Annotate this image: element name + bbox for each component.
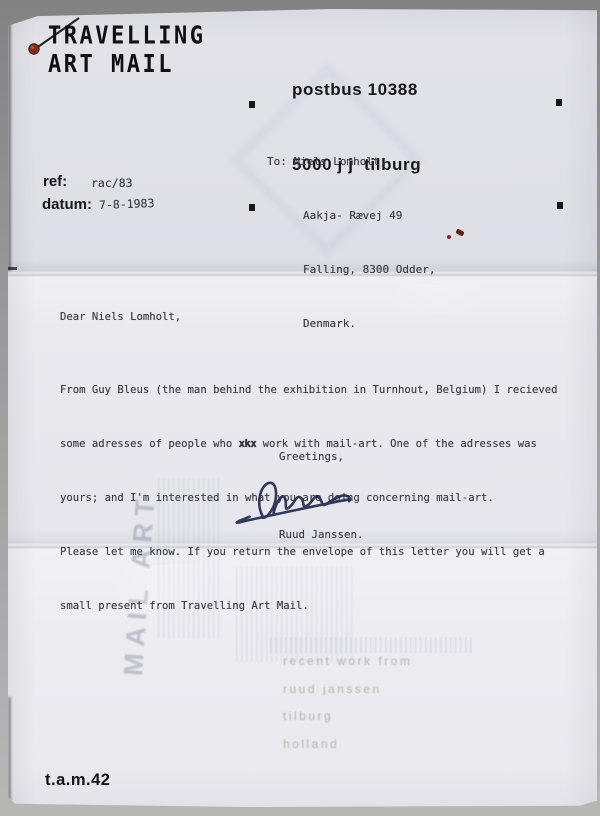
body-line-part: some adresses of people who bbox=[60, 438, 239, 450]
typed-overstrike: xkx bbox=[239, 438, 257, 450]
postbus-line: postbus 10388 bbox=[292, 77, 421, 102]
signature-name: Ruud Janssen. bbox=[279, 528, 364, 541]
ref-label: ref: bbox=[43, 173, 67, 190]
body-line: small present from Travelling Art Mail. bbox=[60, 597, 557, 615]
logo-line1: TRAVELLING bbox=[48, 22, 205, 51]
ink-speck bbox=[455, 228, 464, 236]
registration-mark bbox=[249, 204, 255, 211]
showthrough-line: tilburg bbox=[283, 709, 333, 723]
recipient-line: Aakja- Rævej 49 bbox=[303, 207, 435, 225]
body-line-part: work with mail-art. One of the adresses … bbox=[256, 438, 537, 450]
datum-label: datum: bbox=[42, 196, 92, 213]
footer-code: t.a.m.42 bbox=[45, 771, 110, 790]
body-line: Please let me know. If you return the en… bbox=[60, 543, 557, 561]
logo-travelling-art-mail: TRAVELLING ART MAIL bbox=[48, 22, 205, 79]
signature-handwritten bbox=[227, 459, 369, 536]
showthrough-line: holland bbox=[283, 737, 339, 751]
ink-speck bbox=[447, 235, 451, 239]
recipient-line: Denmark. bbox=[303, 315, 435, 333]
body-line: From Guy Bleus (the man behind the exhib… bbox=[60, 381, 557, 399]
logo-line2: ART MAIL bbox=[48, 51, 205, 80]
recipient-address: To: Niels Lomholt, Aakja- Rævej 49 Falli… bbox=[267, 117, 435, 369]
paper-edge-shadow bbox=[8, 697, 11, 801]
showthrough-line: ruud janssen bbox=[283, 682, 382, 696]
registration-mark bbox=[249, 101, 255, 108]
ref-value: rac/83 bbox=[91, 176, 133, 190]
datum-value: 7-8-1983 bbox=[99, 196, 155, 212]
letter-paper: MAIL ART recent work from ruud janssen t… bbox=[8, 9, 597, 807]
recipient-line: Falling, 8300 Odder, bbox=[303, 261, 435, 279]
salutation: Dear Niels Lomholt, bbox=[60, 311, 181, 323]
registration-mark bbox=[556, 99, 562, 106]
registration-mark bbox=[557, 202, 563, 209]
paper-edge-shadow bbox=[8, 21, 11, 271]
recipient-line: To: Niels Lomholt, bbox=[267, 153, 435, 171]
showthrough-line: recent work from bbox=[283, 654, 412, 668]
